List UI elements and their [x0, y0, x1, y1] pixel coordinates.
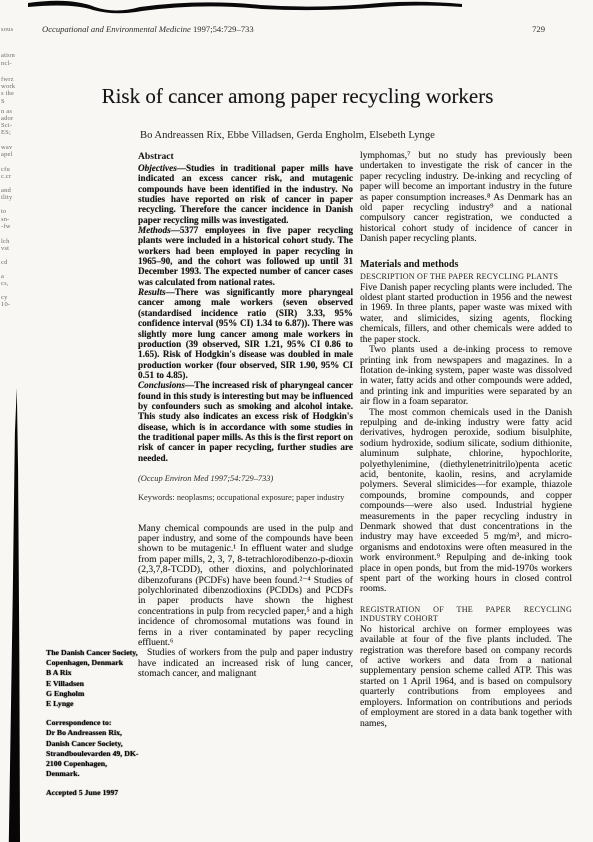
abstract-methods: Methods—5377 employees in five paper rec… — [138, 225, 353, 287]
author-line: Bo Andreassen Rix, Ebbe Villadsen, Gerda… — [140, 130, 570, 141]
accepted-date: Accepted 5 June 1997 — [46, 788, 141, 798]
article-citation: (Occup Environ Med 1997;54:729–733) — [138, 474, 353, 483]
edge-fragment: and — [1, 187, 11, 194]
abstract-heading: Abstract — [138, 151, 353, 162]
affiliation-author: G Engholm — [46, 689, 141, 699]
edge-fragment: 10- — [1, 301, 10, 308]
abstract-label: Methods — [138, 225, 171, 235]
registration-paragraph: No historical archive on former employee… — [360, 625, 572, 729]
edge-fragment: ility — [1, 194, 12, 201]
methods-paragraph: Five Danish paper recycling plants were … — [360, 283, 572, 345]
registration-subheading: REGISTRATION OF THE PAPER RECYCLING INDU… — [360, 605, 572, 623]
right-column: lymphomas,⁷ but no study has previously … — [360, 151, 572, 729]
affiliation: The Danish Cancer Society, Copenhagen, D… — [46, 648, 141, 668]
affiliation-author: E Villadsen — [46, 679, 141, 689]
methods-paragraph: The most common chemicals used in the Da… — [360, 408, 572, 595]
abstract-label: Conclusions — [138, 380, 185, 390]
edge-fragment: cd — [1, 259, 8, 266]
edge-fragment: S — [1, 98, 5, 105]
running-head: Occupational and Environmental Medicine … — [42, 24, 562, 34]
abstract-text: —There was significantly more pharyngeal… — [138, 287, 353, 380]
edge-fragment: fwrz — [1, 76, 14, 83]
journal-name: Occupational and Environmental Medicine — [42, 24, 191, 34]
edge-fragment: cs, — [1, 280, 9, 287]
correspondence-address: Dr Bo Andreassen Rix, Danish Cancer Soci… — [46, 728, 141, 779]
edge-fragment: a — [1, 273, 4, 280]
affiliation-author: B A Rix — [46, 668, 141, 678]
edge-fragment: -fw — [1, 223, 11, 230]
abstract-results: Results—There was significantly more pha… — [138, 287, 353, 380]
abstract-label: Results — [138, 287, 166, 297]
edge-fragment: cy — [1, 294, 8, 301]
journal-citation: 1997;54:729–733 — [193, 24, 254, 34]
scan-gutter-shadow — [4, 388, 20, 842]
edge-fragment: ES; — [1, 129, 11, 136]
intro-paragraph: Many chemical compounds are used in the … — [138, 524, 353, 649]
edge-fragment: ador — [1, 115, 13, 122]
affiliation-author: E Lynge — [46, 699, 141, 709]
edge-fragment: sn- — [1, 216, 10, 223]
abstract-text: —The increased risk of pharyngeal cancer… — [138, 380, 353, 462]
abstract-conclusions: Conclusions—The increased risk of pharyn… — [138, 380, 353, 463]
materials-methods-heading: Materials and methods — [360, 259, 572, 270]
edge-fragment: vst — [1, 245, 9, 252]
edge-fragment: c.cr — [1, 173, 11, 180]
edge-fragment: work — [1, 83, 15, 90]
edge-fragment: cfu — [1, 166, 10, 173]
edge-fragment: lch — [1, 238, 10, 245]
description-subheading: DESCRIPTION OF THE PAPER RECYCLING PLANT… — [360, 272, 572, 281]
page-number: 729 — [532, 24, 545, 34]
keywords-line: Keywords: neoplasms; occupational exposu… — [138, 493, 353, 503]
intro-paragraph: Studies of workers from the pulp and pap… — [138, 648, 353, 679]
left-column: Abstract Objectives—Studies in tradition… — [138, 151, 353, 680]
abstract-objectives: Objectives—Studies in traditional paper … — [138, 163, 353, 225]
abstract-text: —5377 employees in five paper recycling … — [138, 225, 353, 287]
edge-fragment: s the — [1, 90, 14, 97]
journal-page: sousationncl-fwrzworks theSn asadorSci-E… — [0, 0, 593, 842]
edge-fragment: to — [1, 208, 6, 215]
edge-fragment: Sci- — [1, 122, 12, 129]
edge-fragment: ncl- — [1, 60, 12, 67]
edge-fragment: wav — [1, 144, 12, 151]
methods-paragraph: Two plants used a de-inking process to r… — [360, 345, 572, 407]
scan-artifact-top — [0, 0, 593, 16]
article-title: Risk of cancer among paper recycling wor… — [40, 84, 555, 109]
edge-fragment: n as — [1, 108, 12, 115]
edge-fragment: ation — [1, 52, 15, 59]
edge-fragment: apel — [1, 151, 13, 158]
intro-paragraph-continued: lymphomas,⁷ but no study has previously … — [360, 151, 572, 245]
edge-fragment: sous — [1, 26, 13, 33]
correspondence-label: Correspondence to: — [46, 718, 141, 728]
abstract-label: Objectives — [138, 163, 177, 173]
margin-affiliation-block: The Danish Cancer Society, Copenhagen, D… — [46, 648, 141, 799]
